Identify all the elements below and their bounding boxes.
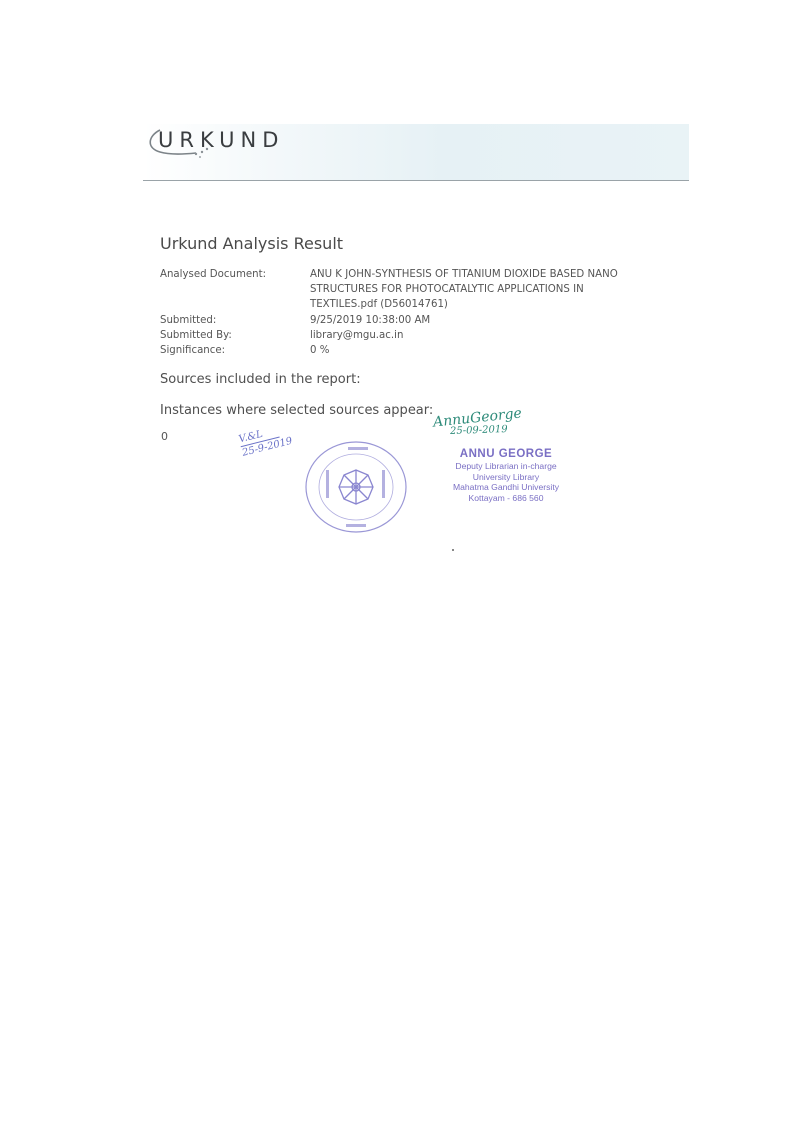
header-divider	[143, 180, 689, 181]
librarian-stamp: ANNU GEORGE Deputy Librarian in-charge U…	[436, 448, 576, 503]
field-analysed-document: Analysed Document: ANU K JOHN-SYNTHESIS …	[160, 267, 660, 313]
stamp-line: Kottayam - 686 560	[436, 493, 576, 504]
document-name-line: ANU K JOHN-SYNTHESIS OF TITANIUM DIOXIDE…	[310, 267, 660, 282]
stamp-line: Deputy Librarian in-charge	[436, 461, 576, 472]
document-name-line: STRUCTURES FOR PHOTOCATALYTIC APPLICATIO…	[310, 282, 660, 297]
field-label: Significance:	[160, 343, 310, 358]
logo-text: URKUND	[158, 128, 284, 152]
document-name-line: TEXTILES.pdf (D56014761)	[310, 297, 660, 312]
handwritten-initials: V.&L 25-9-2019	[238, 422, 294, 459]
field-submitted: Submitted: 9/25/2019 10:38:00 AM	[160, 313, 660, 328]
field-significance: Significance: 0 %	[160, 343, 660, 358]
field-value: 9/25/2019 10:38:00 AM	[310, 313, 660, 328]
instances-count: 0	[161, 430, 168, 443]
stamp-name: ANNU GEORGE	[436, 448, 576, 461]
sources-heading: Sources included in the report:	[160, 372, 361, 387]
field-label: Submitted By:	[160, 328, 310, 343]
stamp-line: Mahatma Gandhi University	[436, 482, 576, 493]
scan-speck	[452, 549, 454, 551]
page-title: Urkund Analysis Result	[160, 234, 343, 253]
report-metadata: Analysed Document: ANU K JOHN-SYNTHESIS …	[160, 267, 660, 358]
field-value: ANU K JOHN-SYNTHESIS OF TITANIUM DIOXIDE…	[310, 267, 660, 313]
instances-heading: Instances where selected sources appear:	[160, 403, 433, 418]
field-submitted-by: Submitted By: library@mgu.ac.in	[160, 328, 660, 343]
signature-date: 25-09-2019	[450, 424, 508, 437]
field-label: Submitted:	[160, 313, 310, 328]
urkund-logo: URKUND	[146, 124, 316, 172]
field-value: library@mgu.ac.in	[310, 328, 660, 343]
field-value: 0 %	[310, 343, 660, 358]
university-seal-wheel-icon	[304, 440, 408, 534]
field-label: Analysed Document:	[160, 267, 310, 313]
stamp-line: University Library	[436, 472, 576, 483]
